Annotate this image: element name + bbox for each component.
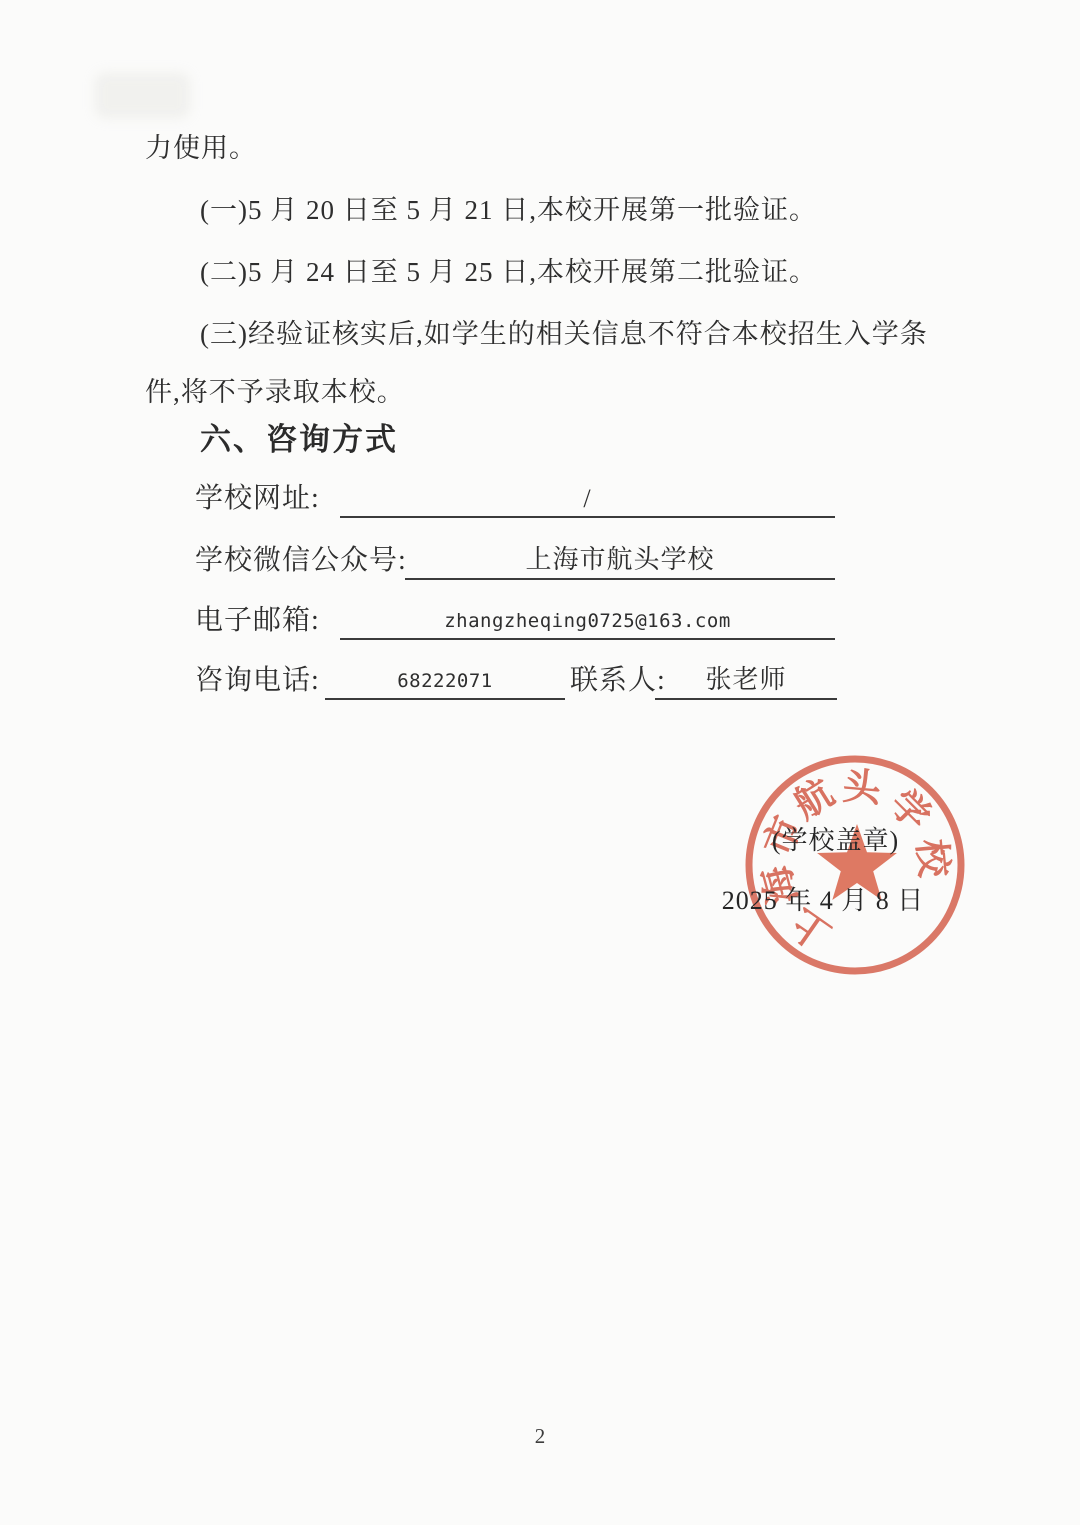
phone-label: 咨询电话: bbox=[195, 658, 320, 698]
scan-smudge bbox=[95, 73, 190, 118]
website-fill-line: / bbox=[340, 484, 835, 518]
contact-person-value: 张老师 bbox=[705, 659, 786, 698]
form-row-phone: 咨询电话: 68222071 联系人: 张老师 bbox=[0, 654, 1080, 700]
wechat-value: 上海市航头学校 bbox=[525, 539, 714, 578]
phone-value: 68222071 bbox=[397, 670, 493, 698]
page-number: 2 bbox=[0, 1424, 1080, 1449]
contact-person-fill-line: 张老师 bbox=[655, 659, 837, 700]
school-seal-stamp: 上 海 市 航 头 学 校 bbox=[735, 745, 975, 985]
email-fill-line: zhangzheqing0725@163.com bbox=[340, 610, 835, 640]
wechat-label: 学校微信公众号: bbox=[195, 538, 407, 578]
website-label: 学校网址: bbox=[195, 476, 320, 516]
phone-fill-line: 68222071 bbox=[325, 670, 565, 700]
form-row-website: 学校网址: / bbox=[0, 472, 1080, 518]
form-row-wechat: 学校微信公众号: 上海市航头学校 bbox=[0, 534, 1080, 580]
email-value: zhangzheqing0725@163.com bbox=[444, 610, 731, 638]
stamp-date: 2025 年 4 月 8 日 bbox=[717, 880, 929, 917]
body-paragraph-3: (三)经验证核实后,如学生的相关信息不符合本校招生入学条 bbox=[200, 312, 1000, 351]
body-paragraph-3-continuation: 件,将不予录取本校。 bbox=[145, 370, 945, 409]
document-page: 力使用。 (一)5 月 20 日至 5 月 21 日,本校开展第一批验证。 (二… bbox=[0, 0, 1080, 1525]
stamp-caption: (学校盖章) bbox=[743, 820, 928, 857]
section-heading: 六、咨询方式 bbox=[200, 414, 398, 459]
wechat-fill-line: 上海市航头学校 bbox=[405, 539, 835, 580]
email-label: 电子邮箱: bbox=[195, 598, 320, 638]
seal-char-5: 头 bbox=[841, 766, 884, 811]
contact-person-label: 联系人: bbox=[570, 658, 666, 698]
website-value: / bbox=[583, 484, 591, 516]
body-paragraph-2: (二)5 月 24 日至 5 月 25 日,本校开展第二批验证。 bbox=[200, 250, 1000, 289]
form-row-email: 电子邮箱: zhangzheqing0725@163.com bbox=[0, 594, 1080, 640]
body-paragraph-1: (一)5 月 20 日至 5 月 21 日,本校开展第一批验证。 bbox=[200, 188, 1000, 227]
body-continuation-line: 力使用。 bbox=[145, 126, 945, 165]
